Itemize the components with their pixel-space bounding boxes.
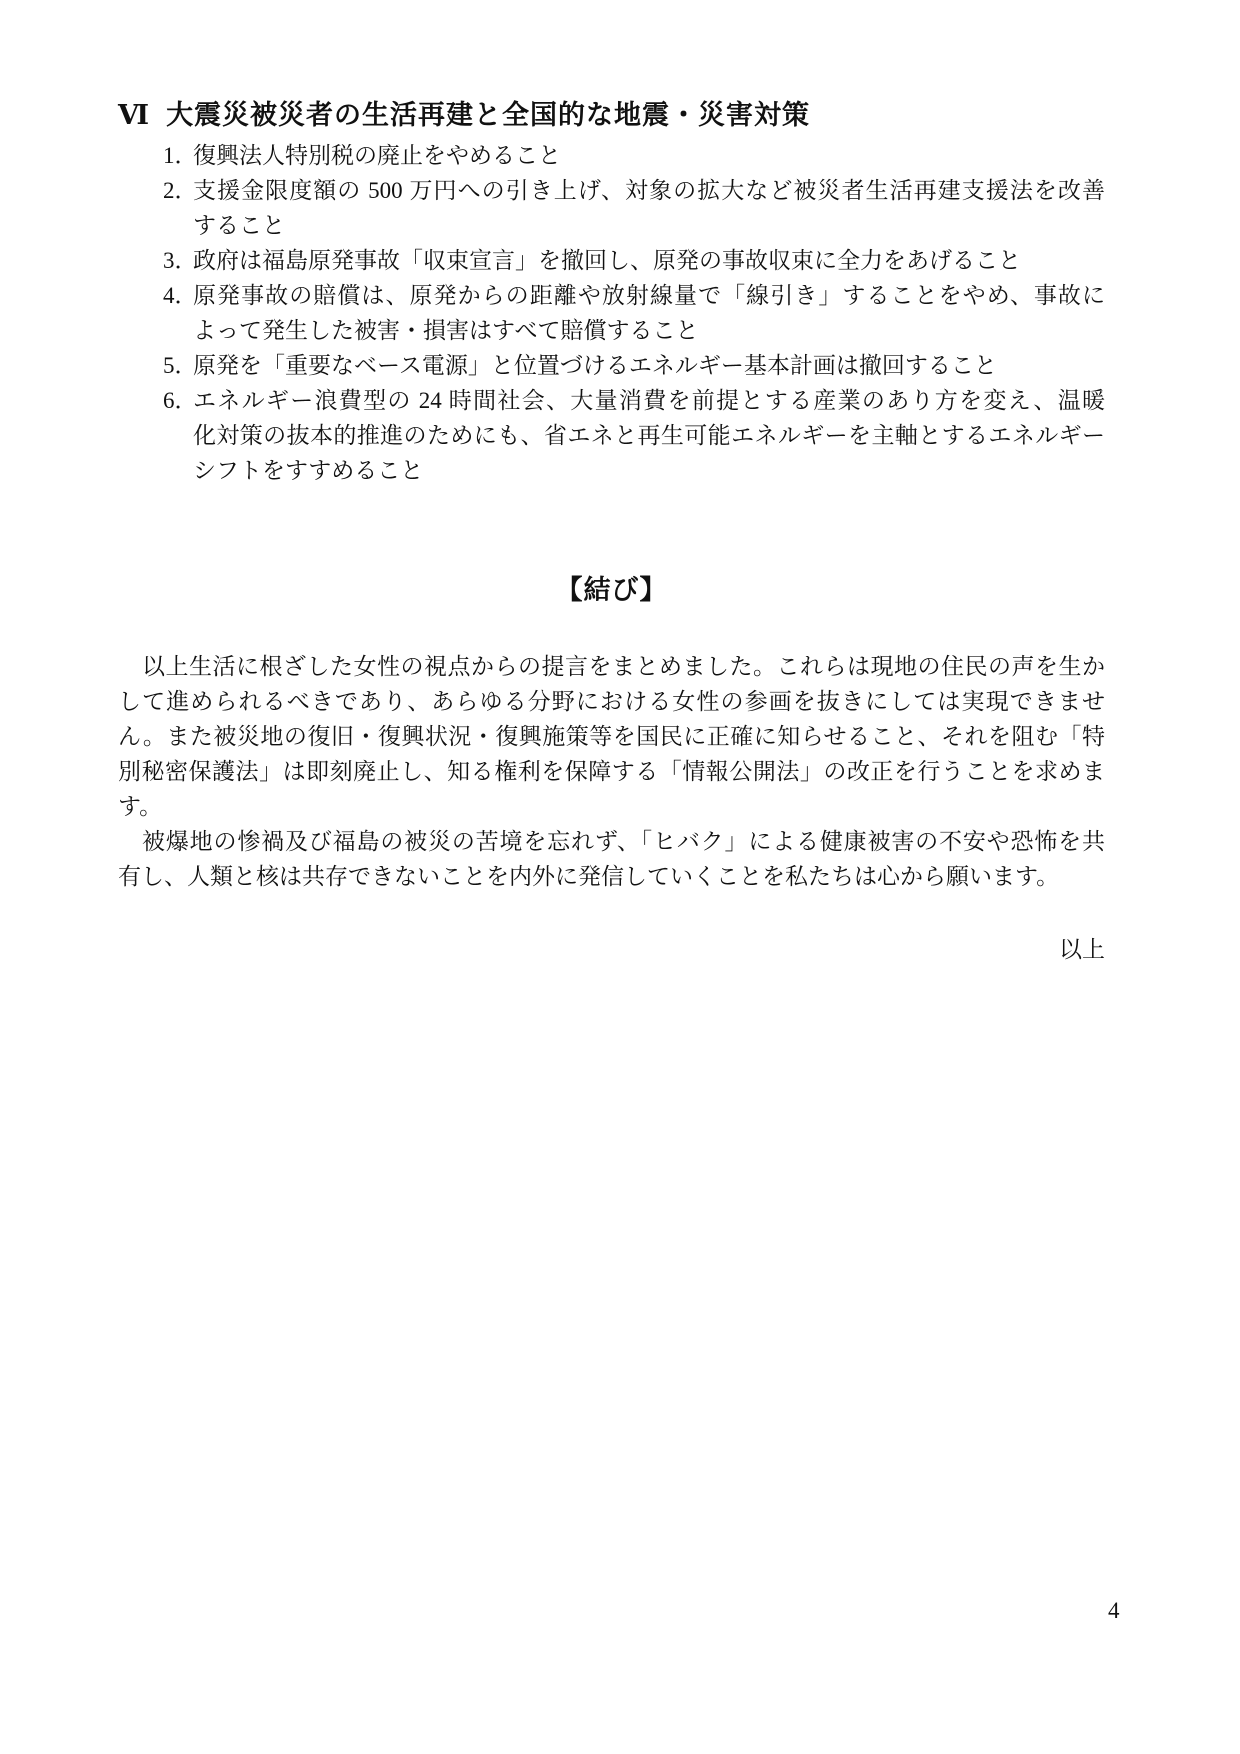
demand-item-5: 5． 原発を「重要なベース電源」と位置づけるエネルギー基本計画は撤回すること: [118, 348, 1105, 383]
demand-text-line: シフトをすすめること: [193, 453, 1105, 488]
paragraph-line: ん。また被災地の復旧・復興状況・復興施策等を国民に正確に知らせること、それを阻む…: [118, 719, 1105, 754]
demand-marker: 2．: [163, 173, 198, 208]
page-number: 4: [1108, 1596, 1120, 1626]
document-page: Ⅵ大震災被災者の生活再建と全国的な地震・災害対策 1． 復興法人特別税の廃止をや…: [0, 0, 1240, 1754]
conclusion-body: 以上生活に根ざした女性の視点からの提言をまとめました。これらは現地の住民の声を生…: [118, 649, 1105, 894]
demand-marker: 5．: [163, 348, 198, 383]
demand-item-2: 2． 支援金限度額の 500 万円への引き上げ、対象の拡大など被災者生活再建支援…: [118, 173, 1105, 243]
demand-text: エネルギー浪費型の 24 時間社会、大量消費を前提とする産業のあり方を変え、温暖…: [193, 383, 1105, 488]
demand-marker: 1．: [163, 138, 198, 173]
demand-text-line: 原発を「重要なベース電源」と位置づけるエネルギー基本計画は撤回すること: [193, 348, 1105, 383]
demand-text-line: 化対策の抜本的推進のためにも、省エネと再生可能エネルギーを主軸とするエネルギー: [193, 418, 1105, 453]
paragraph-line: 別秘密保護法」は即刻廃止し、知る権利を保障する「情報公開法」の改正を行うことを求…: [118, 754, 1105, 789]
section-title: 大震災被災者の生活再建と全国的な地震・災害対策: [166, 100, 810, 130]
demand-text-line: 復興法人特別税の廃止をやめること: [193, 138, 1105, 173]
demand-item-4: 4． 原発事故の賠償は、原発からの距離や放射線量で「線引き」することをやめ、事故…: [118, 278, 1105, 348]
demand-text: 原発事故の賠償は、原発からの距離や放射線量で「線引き」することをやめ、事故に よ…: [193, 278, 1105, 348]
demand-text-line: エネルギー浪費型の 24 時間社会、大量消費を前提とする産業のあり方を変え、温暖: [193, 383, 1105, 418]
paragraph-line: 以上生活に根ざした女性の視点からの提言をまとめました。これらは現地の住民の声を生…: [118, 649, 1105, 684]
paragraph-2: 被爆地の惨禍及び福島の被災の苦境を忘れず、「ヒバク」による健康被害の不安や恐怖を…: [118, 824, 1105, 894]
paragraph-line: 有し、人類と核は共存できないことを内外に発信していくことを私たちは心から願います…: [118, 859, 1105, 894]
demand-text-line: すること: [193, 208, 1105, 243]
demand-text: 政府は福島原発事故「収束宣言」を撤回し、原発の事故収束に全力をあげること: [193, 243, 1105, 278]
section-heading: Ⅵ大震災被災者の生活再建と全国的な地震・災害対策: [118, 98, 1105, 132]
conclusion-heading: 【結び】: [118, 574, 1105, 606]
demand-marker: 6．: [163, 383, 198, 418]
demand-marker: 4．: [163, 278, 198, 313]
demand-marker: 3．: [163, 243, 198, 278]
paragraph-1: 以上生活に根ざした女性の視点からの提言をまとめました。これらは現地の住民の声を生…: [118, 649, 1105, 824]
demand-text: 原発を「重要なベース電源」と位置づけるエネルギー基本計画は撤回すること: [193, 348, 1105, 383]
section-numeral: Ⅵ: [118, 98, 150, 132]
closing-word: 以上: [118, 932, 1105, 967]
demand-item-3: 3． 政府は福島原発事故「収束宣言」を撤回し、原発の事故収束に全力をあげること: [118, 243, 1105, 278]
demand-text: 支援金限度額の 500 万円への引き上げ、対象の拡大など被災者生活再建支援法を改…: [193, 173, 1105, 243]
demand-list: 1． 復興法人特別税の廃止をやめること 2． 支援金限度額の 500 万円への引…: [118, 138, 1105, 488]
paragraph-line: す。: [118, 789, 1105, 824]
demand-text-line: よって発生した被害・損害はすべて賠償すること: [193, 313, 1105, 348]
paragraph-line: して進められるべきであり、あらゆる分野における女性の参画を抜きにしては実現できま…: [118, 684, 1105, 719]
demand-text-line: 支援金限度額の 500 万円への引き上げ、対象の拡大など被災者生活再建支援法を改…: [193, 173, 1105, 208]
demand-text: 復興法人特別税の廃止をやめること: [193, 138, 1105, 173]
demand-text-line: 原発事故の賠償は、原発からの距離や放射線量で「線引き」することをやめ、事故に: [193, 278, 1105, 313]
demand-item-6: 6． エネルギー浪費型の 24 時間社会、大量消費を前提とする産業のあり方を変え…: [118, 383, 1105, 488]
demand-text-line: 政府は福島原発事故「収束宣言」を撤回し、原発の事故収束に全力をあげること: [193, 243, 1105, 278]
paragraph-line: 被爆地の惨禍及び福島の被災の苦境を忘れず、「ヒバク」による健康被害の不安や恐怖を…: [118, 824, 1105, 859]
demand-item-1: 1． 復興法人特別税の廃止をやめること: [118, 138, 1105, 173]
